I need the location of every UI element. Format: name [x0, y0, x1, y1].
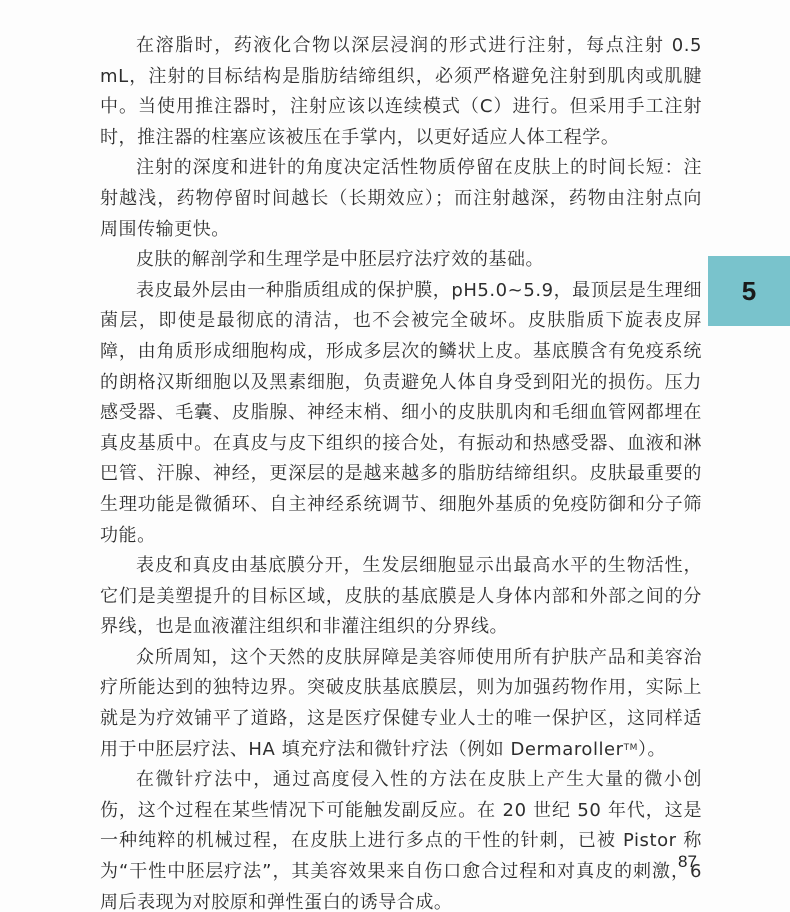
paragraph-injection-depth: 注射的深度和进针的角度决定活性物质停留在皮肤上的时间长短：注射越浅，药物停留时间…: [100, 153, 702, 245]
book-page: 在溶脂时，药液化合物以深层浸润的形式进行注射，每点注射 0.5 mL，注射的目标…: [0, 0, 790, 912]
chapter-tab: 5: [708, 256, 790, 326]
paragraph-skin-barrier-text: 众所周知，这个天然的皮肤屏障是美容师使用所有护肤产品和美容治疗所能达到的独特边界…: [100, 647, 702, 760]
paragraph-microneedling: 在微针疗法中，通过高度侵入性的方法在皮肤上产生大量的微小创伤，这个过程在某些情况…: [100, 765, 702, 912]
paragraph-basement-membrane: 表皮和真皮由基底膜分开，生发层细胞显示出最高水平的生物活性，它们是美塑提升的目标…: [100, 551, 702, 643]
paragraph-lipolysis-injection: 在溶脂时，药液化合物以深层浸润的形式进行注射，每点注射 0.5 mL，注射的目标…: [100, 31, 702, 153]
paragraph-skin-anatomy-basis: 皮肤的解剖学和生理学是中胚层疗法疗效的基础。: [100, 245, 702, 276]
page-number: 87: [678, 852, 697, 872]
body-text: 在溶脂时，药液化合物以深层浸润的形式进行注射，每点注射 0.5 mL，注射的目标…: [100, 31, 702, 912]
chapter-number: 5: [742, 276, 756, 307]
trademark-symbol: TM: [624, 743, 638, 753]
paragraph-epidermis-layers: 表皮最外层由一种脂质组成的保护膜，pH5.0~5.9，最顶层是生理细菌层，即使是…: [100, 276, 702, 551]
paragraph-skin-barrier: 众所周知，这个天然的皮肤屏障是美容师使用所有护肤产品和美容治疗所能达到的独特边界…: [100, 643, 702, 765]
paragraph-skin-barrier-tail: ）。: [638, 739, 666, 760]
